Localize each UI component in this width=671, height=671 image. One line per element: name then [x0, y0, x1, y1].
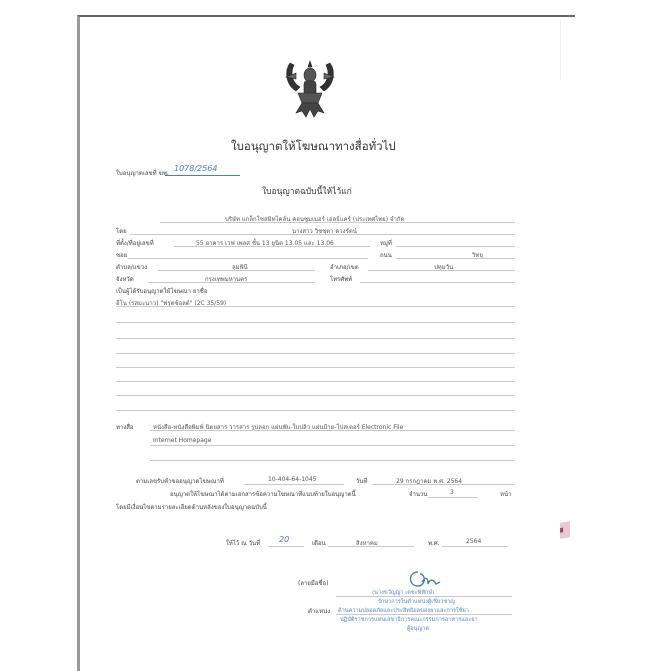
signer-role-1: รักษาการในตำแหน่งผู้เชี่ยวชาญ: [378, 598, 455, 606]
media-line-3: [150, 460, 515, 461]
count-label: จำนวน: [409, 489, 427, 499]
moo-label: หมู่ที่: [380, 238, 392, 248]
document-title: ใบอนุญาตให้โฆษณาทางสื่อทั่วไป: [231, 138, 396, 156]
blank-line-2: [116, 338, 515, 339]
blank-line-5: [116, 381, 515, 382]
signature-mark-icon: [404, 568, 444, 590]
license-no-value: 1078/2564: [174, 164, 217, 173]
address-label: ที่ตั้ง/ที่อยู่เลขที่: [116, 238, 154, 248]
year-label: พ.ศ.: [428, 538, 440, 548]
year-line: [442, 546, 508, 547]
phone-label: โทรศัพท์: [330, 274, 352, 284]
media-line-2: [150, 445, 515, 446]
given-label: ให้ไว้ ณ วันที่: [226, 538, 260, 548]
blank-line-6: [116, 395, 515, 396]
month-label: เดือน: [312, 538, 326, 548]
address-line: [174, 246, 370, 247]
subdistrict-label: ตำบล/แขวง: [116, 262, 147, 272]
request-no-line: [244, 484, 344, 485]
district-line: [368, 270, 515, 271]
province-label: จังหวัด: [116, 274, 134, 284]
signer-role-3: ปฏิบัติราชการแทนเลขาธิการคณะกรรมการอาหาร…: [340, 616, 478, 624]
media-line: [150, 430, 515, 431]
position-label: ตำแหน่ง: [308, 606, 330, 616]
request-date-line: [372, 484, 515, 485]
pages-label: หน้า: [500, 489, 511, 499]
license-no-label: ใบอนุญาตเลขที่ ฆพ.: [116, 168, 169, 178]
given-day: 20: [279, 535, 289, 544]
licensee-line: เป็นผู้ได้รับอนุญาตให้โฆษณา ยาชื่อ: [116, 286, 207, 296]
count-value: 3: [450, 489, 454, 496]
garuda-emblem-icon: [282, 57, 338, 123]
position-line: [336, 614, 512, 615]
conditions-line: โดยมีเงื่อนไขตามรายละเอียดด้านหลังของใบอ…: [116, 502, 267, 512]
product-underline: [116, 306, 515, 307]
month-line: [328, 546, 414, 547]
request-label: ตามเลขรับคำขออนุญาตโฆษณาที่: [136, 476, 224, 486]
phone-line: [360, 282, 515, 283]
province-line: [148, 282, 315, 283]
document-subtitle: ใบอนุญาตฉบับนี้ให้ไว้แก่: [262, 184, 352, 198]
signature-line: [336, 596, 512, 597]
soi-line: [128, 258, 368, 259]
given-day-line: [268, 546, 304, 547]
media-label: ทางสื่อ: [116, 422, 134, 432]
road-label: ถนน: [380, 250, 392, 260]
blank-line-7: [116, 410, 515, 411]
page-edge: [560, 20, 561, 80]
license-no-underline: [165, 175, 240, 176]
by-line: [130, 234, 515, 235]
blank-line-4: [116, 367, 515, 368]
count-line: [428, 497, 478, 498]
docs-line: อนุญาตให้โฆษณาได้ตามเอกสารข้อความโฆษณาที…: [170, 489, 356, 499]
media-value-2: Internet Homepage: [153, 437, 211, 444]
by-label: โดย: [116, 226, 127, 236]
district-label: อำเภอ/เขต: [330, 262, 359, 272]
blank-line-1: [116, 322, 515, 323]
stamp-mark: ▓: [560, 521, 570, 538]
request-no: 10-404-64-1045: [268, 476, 317, 483]
moo-line: [396, 246, 515, 247]
signature-label: (ลายมือชื่อ): [298, 578, 328, 588]
blank-line-3: [116, 353, 515, 354]
road-line: [396, 258, 515, 259]
soi-label: ซอย: [116, 250, 127, 260]
signer-role-4: ผู้อนุญาต: [407, 625, 429, 633]
subdistrict-line: [158, 270, 315, 271]
company-line: [160, 222, 515, 223]
request-date-label: วันที่: [356, 476, 367, 486]
year-value: 2564: [466, 538, 481, 545]
